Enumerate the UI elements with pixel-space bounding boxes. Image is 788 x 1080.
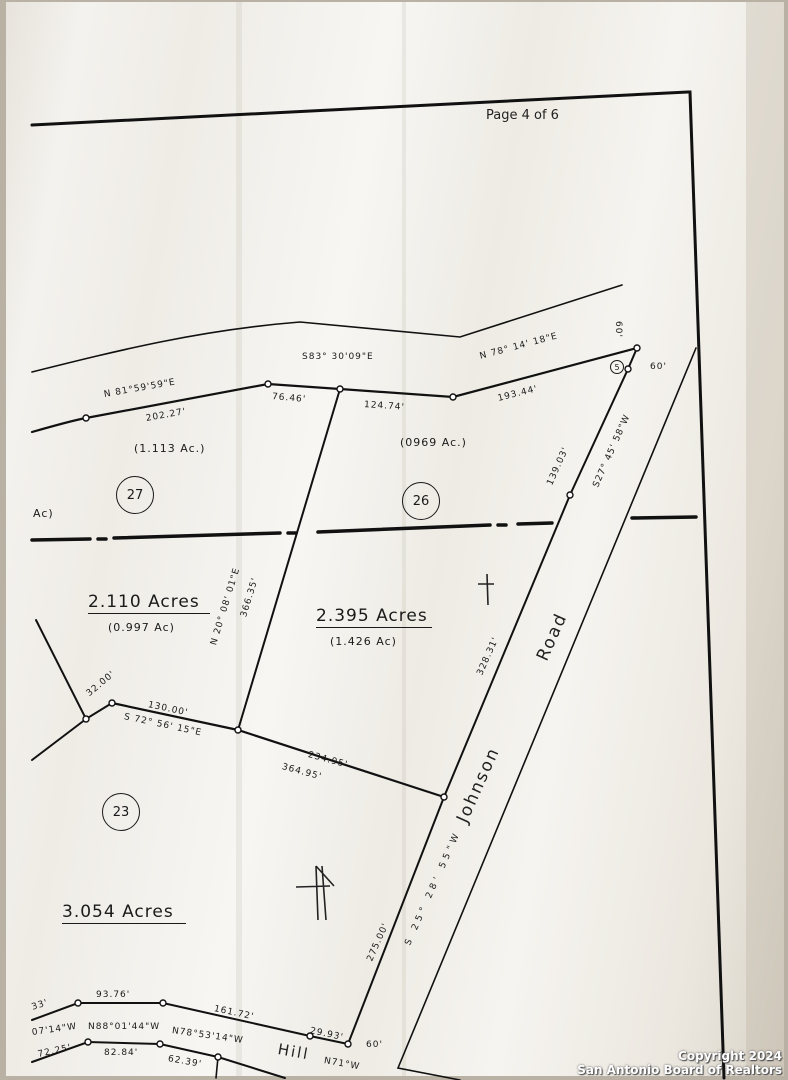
tract-sub-acres: (1.426 Ac) <box>330 635 397 648</box>
lot-26-area: (0969 Ac.) <box>400 436 467 449</box>
tract-acres: 3.054 Acres <box>62 902 186 924</box>
tract-sub-acres: (0.997 Ac) <box>108 621 175 634</box>
lot-27-area: (1.113 Ac.) <box>134 442 205 455</box>
distance-label: 93.76' <box>96 990 130 1000</box>
copyright-watermark: Copyright 2024 <box>678 1049 782 1063</box>
distance-label: 60' <box>366 1040 383 1050</box>
lot-fragment-label: Ac) <box>33 507 54 520</box>
circled-marker: 5 <box>610 360 624 374</box>
distance-label: 82.84' <box>104 1048 138 1058</box>
distance-label: 60' <box>613 321 623 338</box>
bearing-label: S83° 30'09"E <box>302 352 374 362</box>
copyright-watermark-org: San Antonio Board of Realtors <box>577 1063 782 1077</box>
tract-acres: 2.395 Acres <box>316 606 432 628</box>
lot-26-marker: 26 <box>402 482 440 520</box>
distance-label: 60' <box>650 362 667 372</box>
lot-23-marker: 23 <box>102 793 140 831</box>
bearing-label: N88°01'44"W <box>88 1022 160 1032</box>
page-label: Page 4 of 6 <box>486 108 559 123</box>
tract-acres: 2.110 Acres <box>88 592 210 614</box>
lot-27-marker: 27 <box>116 476 154 514</box>
